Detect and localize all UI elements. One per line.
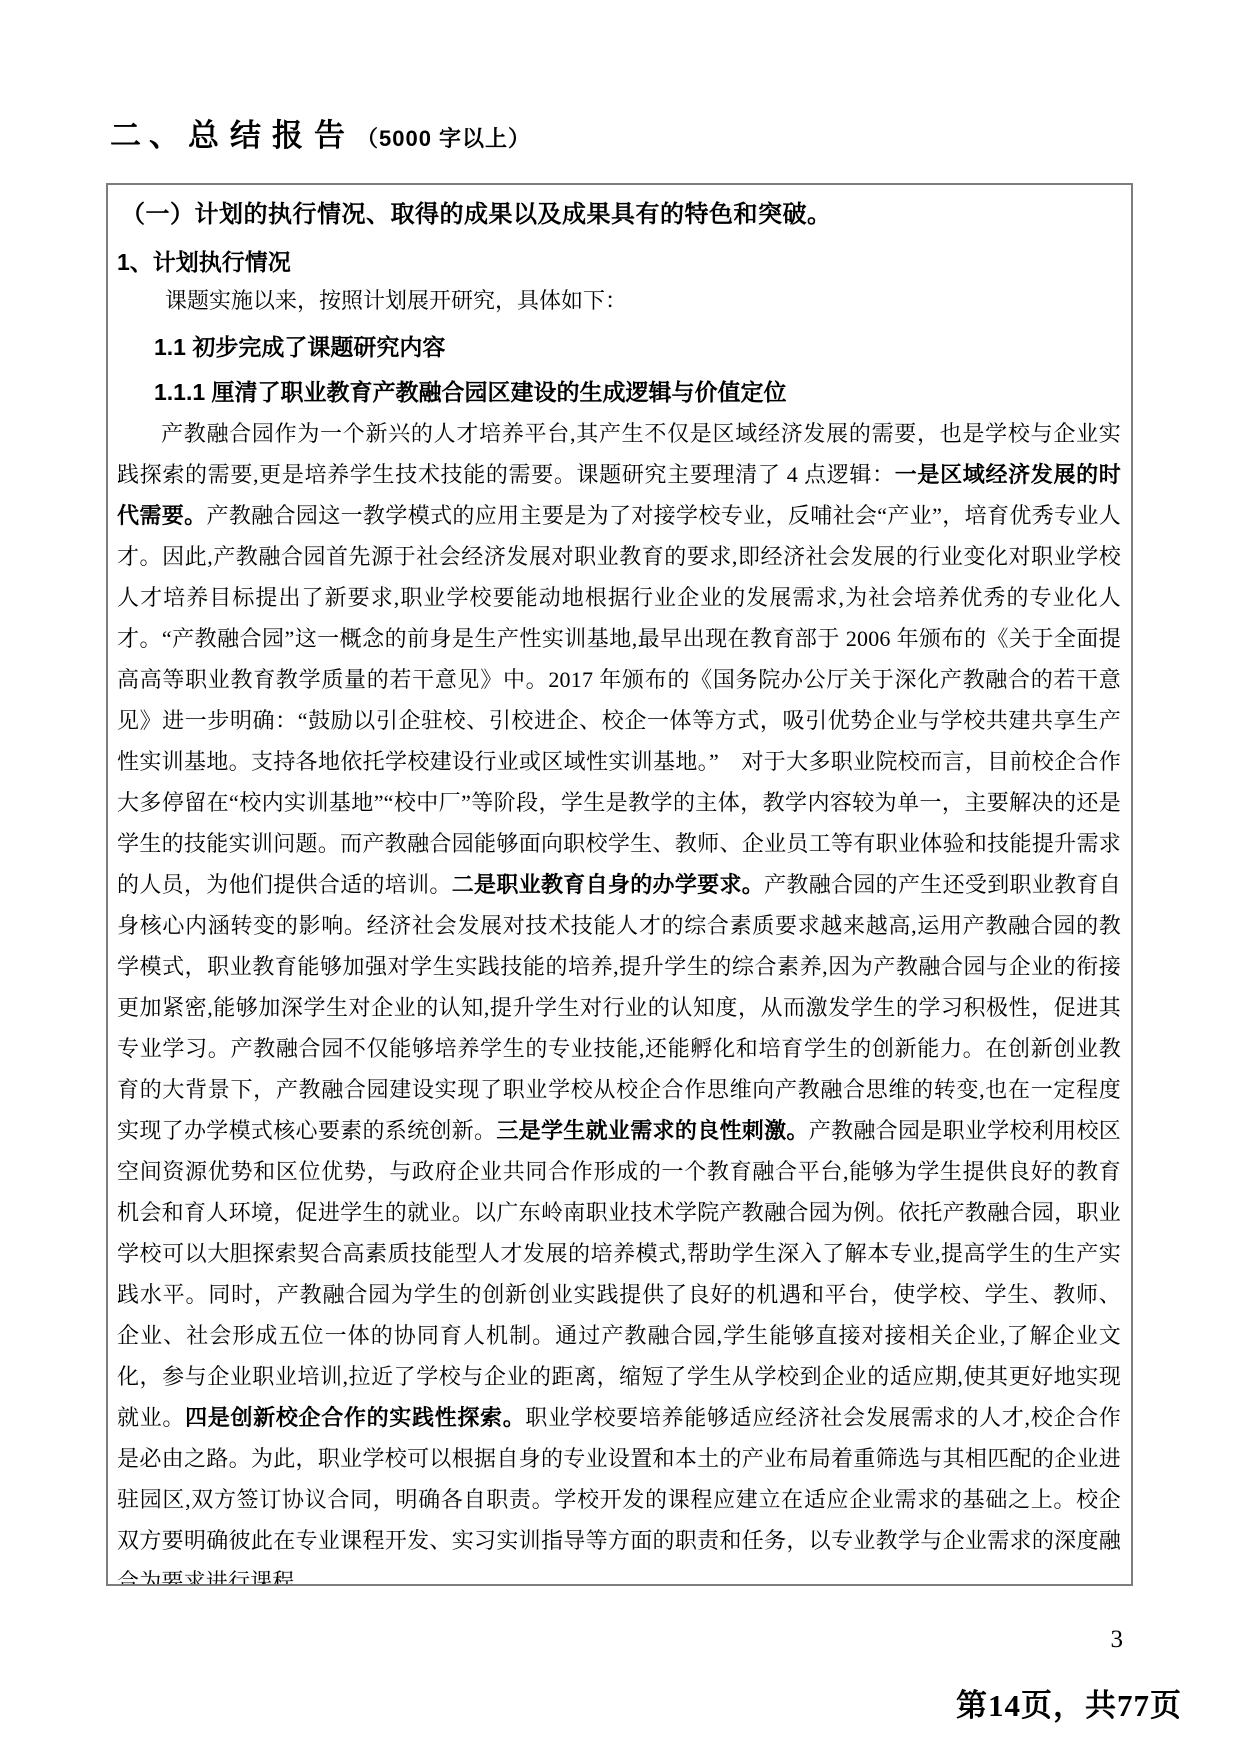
heading-1-1-research-content: 1.1 初步完成了课题研究内容 <box>154 331 1121 363</box>
section-title-prefix: 二、 <box>110 118 188 153</box>
paragraph-text-run: 产教融合园这一教学模式的应用主要是为了对接学校专业，反哺社会“产业”，培育优秀专… <box>117 503 1121 897</box>
heading-1-1-1-generation-logic: 1.1.1 厘清了职业教育产教融合园区建设的生成逻辑与价值定位 <box>154 376 1121 408</box>
footer-page-indicator: 第14页，共77页 <box>956 1680 1182 1725</box>
intro-line: 课题实施以来，按照计划展开研究，具体如下： <box>117 286 1121 316</box>
heading-plan-execution-results: （一）计划的执行情况、取得的成果以及成果具有的特色和突破。 <box>121 199 1121 231</box>
paragraph-text-run: 产教融合园的产生还受到职业教育自身核心内涵转变的影响。经济社会发展对技术技能人才… <box>117 872 1121 1143</box>
body-paragraph: 产教融合园作为一个新兴的人才培养平台,其产生不仅是区域经济发展的需要，也是学校与… <box>117 413 1121 1586</box>
paragraph-bold-run: 四是创新校企合作的实践性探索。 <box>185 1405 525 1430</box>
report-content-box: （一）计划的执行情况、取得的成果以及成果具有的特色和突破。 1、计划执行情况 课… <box>106 183 1133 1586</box>
section-title-main: 总结报告 <box>188 118 356 153</box>
document-page: 二、总结报告（5000 字以上） （一）计划的执行情况、取得的成果以及成果具有的… <box>0 0 1239 1753</box>
section-title: 二、总结报告（5000 字以上） <box>110 110 531 155</box>
paragraph-text-run: 产教融合园是职业学校利用校区空间资源优势和区位优势，与政府企业共同合作形成的一个… <box>117 1118 1121 1430</box>
section-title-suffix: （5000 字以上） <box>356 126 531 151</box>
inner-page-number: 3 <box>1111 1626 1124 1654</box>
paragraph-bold-run: 二是职业教育自身的办学要求。 <box>452 872 764 897</box>
heading-1-plan-execution: 1、计划执行情况 <box>117 246 1121 278</box>
paragraph-bold-run: 三是学生就业需求的良性刺激。 <box>496 1118 808 1143</box>
paragraph-text-run: 职业学校要培养能够适应经济社会发展需求的人才,校企合作是必由之路。为此，职业学校… <box>117 1405 1121 1586</box>
